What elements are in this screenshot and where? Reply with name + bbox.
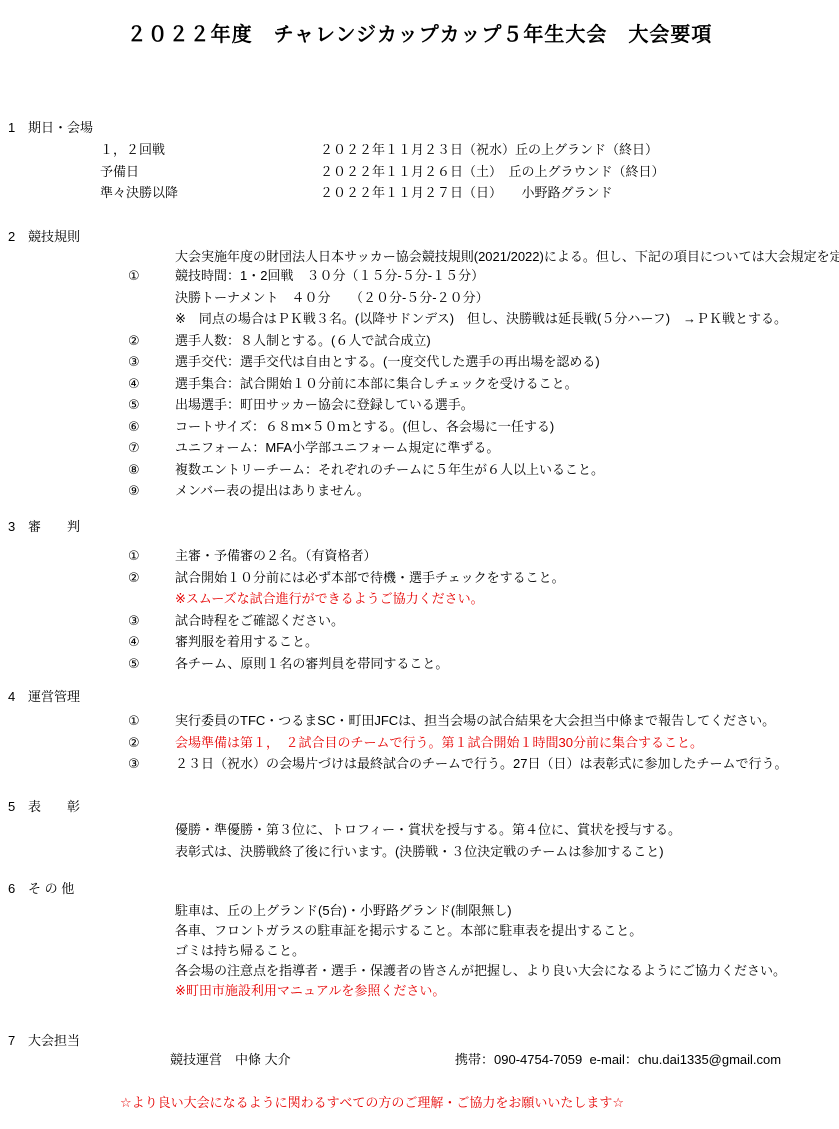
item-number: ② — [128, 330, 175, 352]
numbered-item: ① 主審・予備審の２名。（有資格者） — [128, 545, 565, 567]
item-number: ⑥ — [128, 416, 175, 438]
document-page: ２０２２年度 チャレンジカップカップ５年生大会 大会要項 1期日・会場 １，２回… — [0, 0, 839, 1129]
numbered-item: ④ 選手集合：試合開始１０分前に本部に集合しチェックを受けること。 — [128, 373, 787, 395]
item-text: 出場選手：町田サッカー協会に登録している選手。 — [175, 394, 474, 416]
management-item-list: ① 実行委員のTFC・つるまSC・町田JFCは、担当会場の試合結果を大会担当中條… — [128, 710, 787, 775]
referee-item-list: ① 主審・予備審の２名。（有資格者） ② 試合開始１０分前には必ず本部で待機・選… — [128, 545, 565, 674]
body-text: 優勝・準優勝・第３位に、トロフィー・賞状を授与する。第４位に、賞状を授与する。 — [175, 819, 681, 841]
numbered-item: ⑦ ユニフォーム：MFA小学部ユニフォーム規定に準ずる。 — [128, 437, 787, 459]
schedule-row: 準々決勝以降 ２０２２年１１月２７日（日） 小野路グランド — [100, 182, 665, 204]
item-number: ④ — [128, 373, 175, 395]
numbered-item: ⑤ 各チーム、原則１名の審判員を帯同すること。 — [128, 653, 565, 675]
section-heading-rules: 2競技規則 — [8, 229, 80, 244]
item-text: ※ 同点の場合はＰＫ戦３名。(以降サドンデス) 但し、決勝戦は延長戦(５分ハーフ… — [175, 308, 787, 330]
item-number: ② — [128, 732, 175, 754]
schedule-row-label: １，２回戦 — [100, 139, 320, 161]
schedule-row-value: ２０２２年１１月２３日（祝水）丘の上グランド（終日） — [320, 139, 658, 161]
section-title: 運営管理 — [28, 689, 80, 704]
item-text: 主審・予備審の２名。（有資格者） — [175, 545, 377, 567]
item-text: メンバー表の提出はありません。 — [175, 480, 370, 502]
section-heading-contact: 7大会担当 — [8, 1033, 80, 1048]
body-text: 各車、フロントガラスの駐車証を掲示すること。本部に駐車表を提出すること。 — [175, 921, 786, 941]
section-heading-management: 4運営管理 — [8, 689, 80, 704]
numbered-item: ① 実行委員のTFC・つるまSC・町田JFCは、担当会場の試合結果を大会担当中條… — [128, 710, 787, 732]
item-number: ④ — [128, 631, 175, 653]
contact-phone: 携帯：090-4754-7059 — [455, 1052, 582, 1067]
schedule-row: １，２回戦 ２０２２年１１月２３日（祝水）丘の上グランド（終日） — [100, 139, 665, 161]
section-heading-referee: 3審 判 — [8, 519, 80, 534]
section-title: 競技規則 — [28, 229, 80, 244]
numbered-item: ③ 選手交代：選手交代は自由とする。(一度交代した選手の再出場を認める) — [128, 351, 787, 373]
contact-email: e-mail：chu.dai1335@gmail.com — [589, 1052, 781, 1067]
item-text: ユニフォーム：MFA小学部ユニフォーム規定に準ずる。 — [175, 437, 499, 459]
numbered-item: ⑨ メンバー表の提出はありません。 — [128, 480, 787, 502]
schedule-row-value: ２０２２年１１月２７日（日） 小野路グランド — [320, 182, 613, 204]
numbered-item: ④ 審判服を着用すること。 — [128, 631, 565, 653]
contact-row: 競技運営 中條 大介 携帯：090-4754-7059 e-mail：chu.d… — [0, 1049, 839, 1067]
section-number: 6 — [8, 881, 20, 896]
section-title: 期日・会場 — [28, 120, 93, 135]
item-text: 各チーム、原則１名の審判員を帯同すること。 — [175, 653, 448, 675]
section-heading-schedule: 1期日・会場 — [8, 120, 93, 135]
item-text: 実行委員のTFC・つるまSC・町田JFCは、担当会場の試合結果を大会担当中條まで… — [175, 710, 775, 732]
awards-body: 優勝・準優勝・第３位に、トロフィー・賞状を授与する。第４位に、賞状を授与する。 … — [175, 819, 681, 862]
rules-item-list: ① 競技時間：1・2回戦 ３０分（１５分-５分-１５分） 決勝トーナメント ４０… — [128, 265, 787, 502]
numbered-item: ② 試合開始１０分前には必ず本部で待機・選手チェックをすること。 ※スムーズな試… — [128, 567, 565, 610]
section-title: 表 彰 — [28, 799, 80, 814]
item-number: ⑧ — [128, 459, 175, 481]
item-text: 選手人数：８人制とする。(６人で試合成立) — [175, 330, 431, 352]
numbered-item: ③ ２３日（祝水）の会場片づけは最終試合のチームで行う。27日（日）は表彰式に参… — [128, 753, 787, 775]
schedule-row-label: 予備日 — [100, 161, 320, 183]
others-body: 駐車は、丘の上グランド(5台)・小野路グランド(制限無し) 各車、フロントガラス… — [175, 901, 786, 1001]
body-note-red: ※町田市施設利用マニュアルを参照ください。 — [175, 981, 786, 1001]
section-number: 7 — [8, 1033, 20, 1048]
section-title: そ の 他 — [28, 881, 74, 896]
numbered-item: ② 会場準備は第１， ２試合目のチームで行う。第１試合開始１時間30分前に集合す… — [128, 732, 787, 754]
footer-note: ☆より良い大会になるように関わるすべての方のご理解・ご協力をお願いいたします☆ — [120, 1092, 624, 1111]
item-text: 複数エントリーチーム：それぞれのチームに５年生が６人以上いること。 — [175, 459, 604, 481]
item-text: 選手集合：試合開始１０分前に本部に集合しチェックを受けること。 — [175, 373, 578, 395]
item-number: ② — [128, 567, 175, 610]
page-title: ２０２２年度 チャレンジカップカップ５年生大会 大会要項 — [0, 18, 839, 47]
body-text: 駐車は、丘の上グランド(5台)・小野路グランド(制限無し) — [175, 901, 786, 921]
item-number: ⑤ — [128, 394, 175, 416]
item-number: ⑦ — [128, 437, 175, 459]
item-text: 競技時間：1・2回戦 ３０分（１５分-５分-１５分） — [175, 265, 787, 287]
numbered-item: ⑧ 複数エントリーチーム：それぞれのチームに５年生が６人以上いること。 — [128, 459, 787, 481]
item-number: ① — [128, 545, 175, 567]
section-title: 大会担当 — [28, 1033, 80, 1048]
contact-phone-email: 携帯：090-4754-7059 e-mail：chu.dai1335@gmai… — [455, 1049, 781, 1068]
item-number: ③ — [128, 753, 175, 775]
item-number: ⑤ — [128, 653, 175, 675]
contact-role-name: 競技運営 中條 大介 — [170, 1049, 291, 1068]
item-note-red: ※スムーズな試合進行ができるようご協力ください。 — [175, 588, 565, 610]
item-note-red: 会場準備は第１， ２試合目のチームで行う。第１試合開始１時間30分前に集合するこ… — [175, 732, 703, 754]
section-number: 4 — [8, 689, 20, 704]
item-number: ① — [128, 710, 175, 732]
item-text: 決勝トーナメント ４０分 （２０分-５分-２０分） — [175, 287, 787, 309]
item-text: 審判服を着用すること。 — [175, 631, 318, 653]
schedule-row: 予備日 ２０２２年１１月２６日（土） 丘の上グラウンド（終日） — [100, 161, 665, 183]
schedule-row-value: ２０２２年１１月２６日（土） 丘の上グラウンド（終日） — [320, 161, 665, 183]
item-text: コートサイズ：６８ｍ×５０ｍとする。(但し、各会場に一任する) — [175, 416, 554, 438]
section-number: 5 — [8, 799, 20, 814]
numbered-item: ⑥ コートサイズ：６８ｍ×５０ｍとする。(但し、各会場に一任する) — [128, 416, 787, 438]
item-text: 試合開始１０分前には必ず本部で待機・選手チェックをすること。 — [175, 567, 565, 589]
section-heading-awards: 5表 彰 — [8, 799, 80, 814]
schedule-row-label: 準々決勝以降 — [100, 182, 320, 204]
body-text: 表彰式は、決勝戦終了後に行います。(決勝戦・３位決定戦のチームは参加すること) — [175, 841, 681, 863]
item-number: ③ — [128, 610, 175, 632]
section-title: 審 判 — [28, 519, 80, 534]
numbered-item: ① 競技時間：1・2回戦 ３０分（１５分-５分-１５分） 決勝トーナメント ４０… — [128, 265, 787, 330]
section-number: 2 — [8, 229, 20, 244]
numbered-item: ⑤ 出場選手：町田サッカー協会に登録している選手。 — [128, 394, 787, 416]
body-text: 各会場の注意点を指導者・選手・保護者の皆さんが把握し、より良い大会になるようにご… — [175, 961, 786, 981]
numbered-item: ② 選手人数：８人制とする。(６人で試合成立) — [128, 330, 787, 352]
item-number: ③ — [128, 351, 175, 373]
body-text: ゴミは持ち帰ること。 — [175, 941, 786, 961]
item-text: 選手交代：選手交代は自由とする。(一度交代した選手の再出場を認める) — [175, 351, 600, 373]
schedule-table: １，２回戦 ２０２２年１１月２３日（祝水）丘の上グランド（終日） 予備日 ２０２… — [100, 139, 665, 204]
numbered-item: ③ 試合時程をご確認ください。 — [128, 610, 565, 632]
section-number: 3 — [8, 519, 20, 534]
section-number: 1 — [8, 120, 20, 135]
item-number: ⑨ — [128, 480, 175, 502]
item-text: 試合時程をご確認ください。 — [175, 610, 344, 632]
item-number: ① — [128, 265, 175, 330]
item-text: ２３日（祝水）の会場片づけは最終試合のチームで行う。27日（日）は表彰式に参加し… — [175, 753, 787, 775]
section-heading-others: 6そ の 他 — [8, 881, 74, 896]
